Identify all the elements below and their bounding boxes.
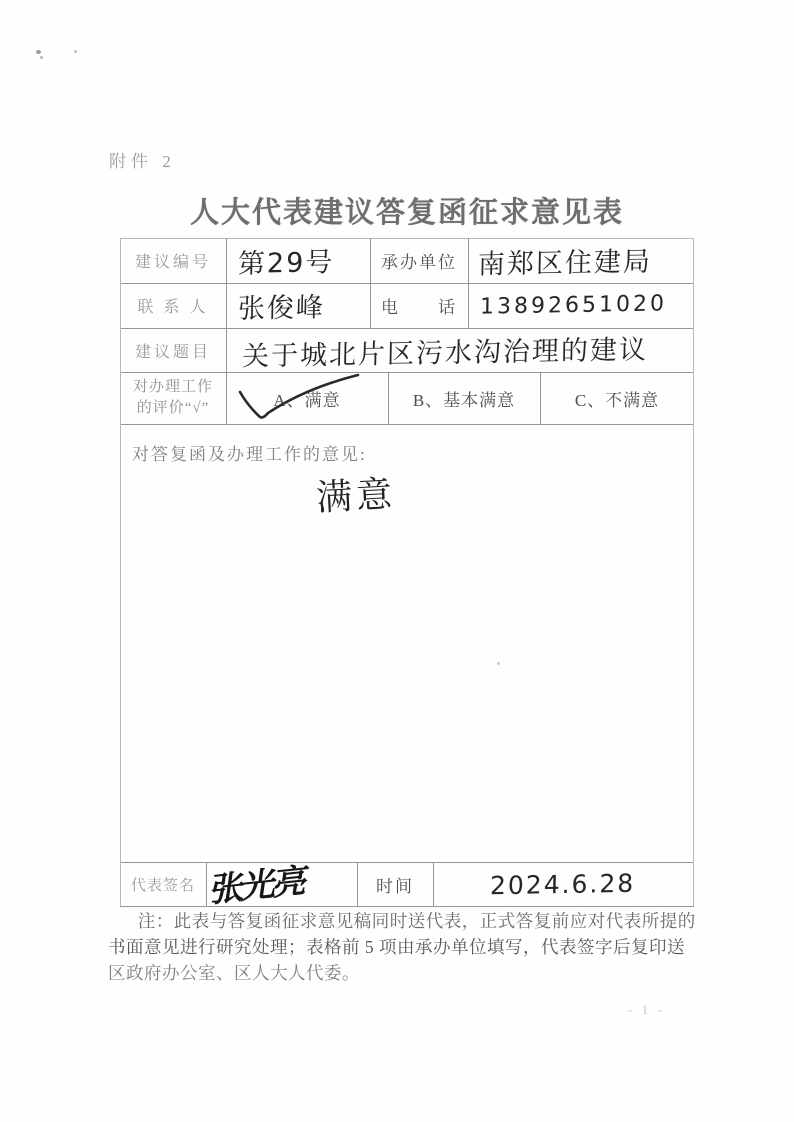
- suggestion-title-label: 建议题目: [120, 328, 226, 372]
- evaluation-label-line1: 对办理工作: [133, 377, 213, 398]
- table-border: [120, 424, 694, 425]
- suggestion-title-value: 关于城北片区污水沟治理的建议: [242, 327, 649, 373]
- scanned-form-page: 附件 2 人大代表建议答复函征求意见表 建议编号 第29号 承办单位 南郑区住建…: [0, 0, 794, 1122]
- opinion-value: 满意: [315, 466, 398, 521]
- footer-note: 注：此表与答复函征求意见稿同时送代表，正式答复前应对代表所提的 书面意见进行研究…: [108, 908, 704, 986]
- evaluation-option-b: B、基本满意: [388, 372, 540, 424]
- evaluation-label: 对办理工作 的评价“√”: [120, 372, 226, 424]
- signature-label: 代表签名: [120, 862, 206, 906]
- scan-speck: [40, 56, 43, 59]
- opinion-label: 对答复函及办理工作的意见:: [132, 440, 367, 465]
- evaluation-option-a-label: A、满意: [273, 386, 340, 411]
- suggestion-no-label: 建议编号: [120, 238, 226, 283]
- evaluation-label-line2: 的评价“√”: [133, 398, 213, 419]
- attachment-label: 附件 2: [109, 147, 176, 172]
- phone-value: 13892651020: [480, 291, 667, 319]
- contact-label: 联 系 人: [120, 283, 226, 328]
- time-value: 2024.6.28: [490, 868, 636, 900]
- time-label: 时间: [357, 862, 433, 906]
- scan-speck: [74, 50, 77, 53]
- note-line-2: 书面意见进行研究处理；表格前 5 项由承办单位填写，代表签字后复印送: [108, 934, 704, 960]
- table-border: [206, 862, 207, 906]
- table-border: [120, 906, 694, 907]
- note-line-1: 注：此表与答复函征求意见稿同时送代表，正式答复前应对代表所提的: [108, 908, 704, 934]
- scan-speck: [36, 50, 41, 54]
- form-table: 建议编号 第29号 承办单位 南郑区住建局 联 系 人 张俊峰 电 话 1389…: [120, 238, 694, 906]
- page-number: - 1 -: [628, 1002, 665, 1018]
- suggestion-no-value: 第29号: [238, 240, 335, 281]
- undertaking-unit-label: 承办单位: [370, 238, 468, 283]
- table-border: [433, 862, 434, 906]
- undertaking-unit-value: 南郑区住建局: [478, 239, 653, 281]
- representative-signature: 张光亮: [208, 853, 310, 911]
- note-line-3: 区政府办公室、区人大人代委。: [108, 960, 704, 986]
- contact-value: 张俊峰: [238, 285, 326, 326]
- form-title: 人大代表建议答复函征求意见表: [120, 190, 694, 231]
- phone-label: 电 话: [370, 283, 468, 328]
- evaluation-option-c: C、不满意: [540, 372, 694, 424]
- table-border: [468, 238, 469, 328]
- evaluation-option-a: A、满意: [226, 372, 388, 424]
